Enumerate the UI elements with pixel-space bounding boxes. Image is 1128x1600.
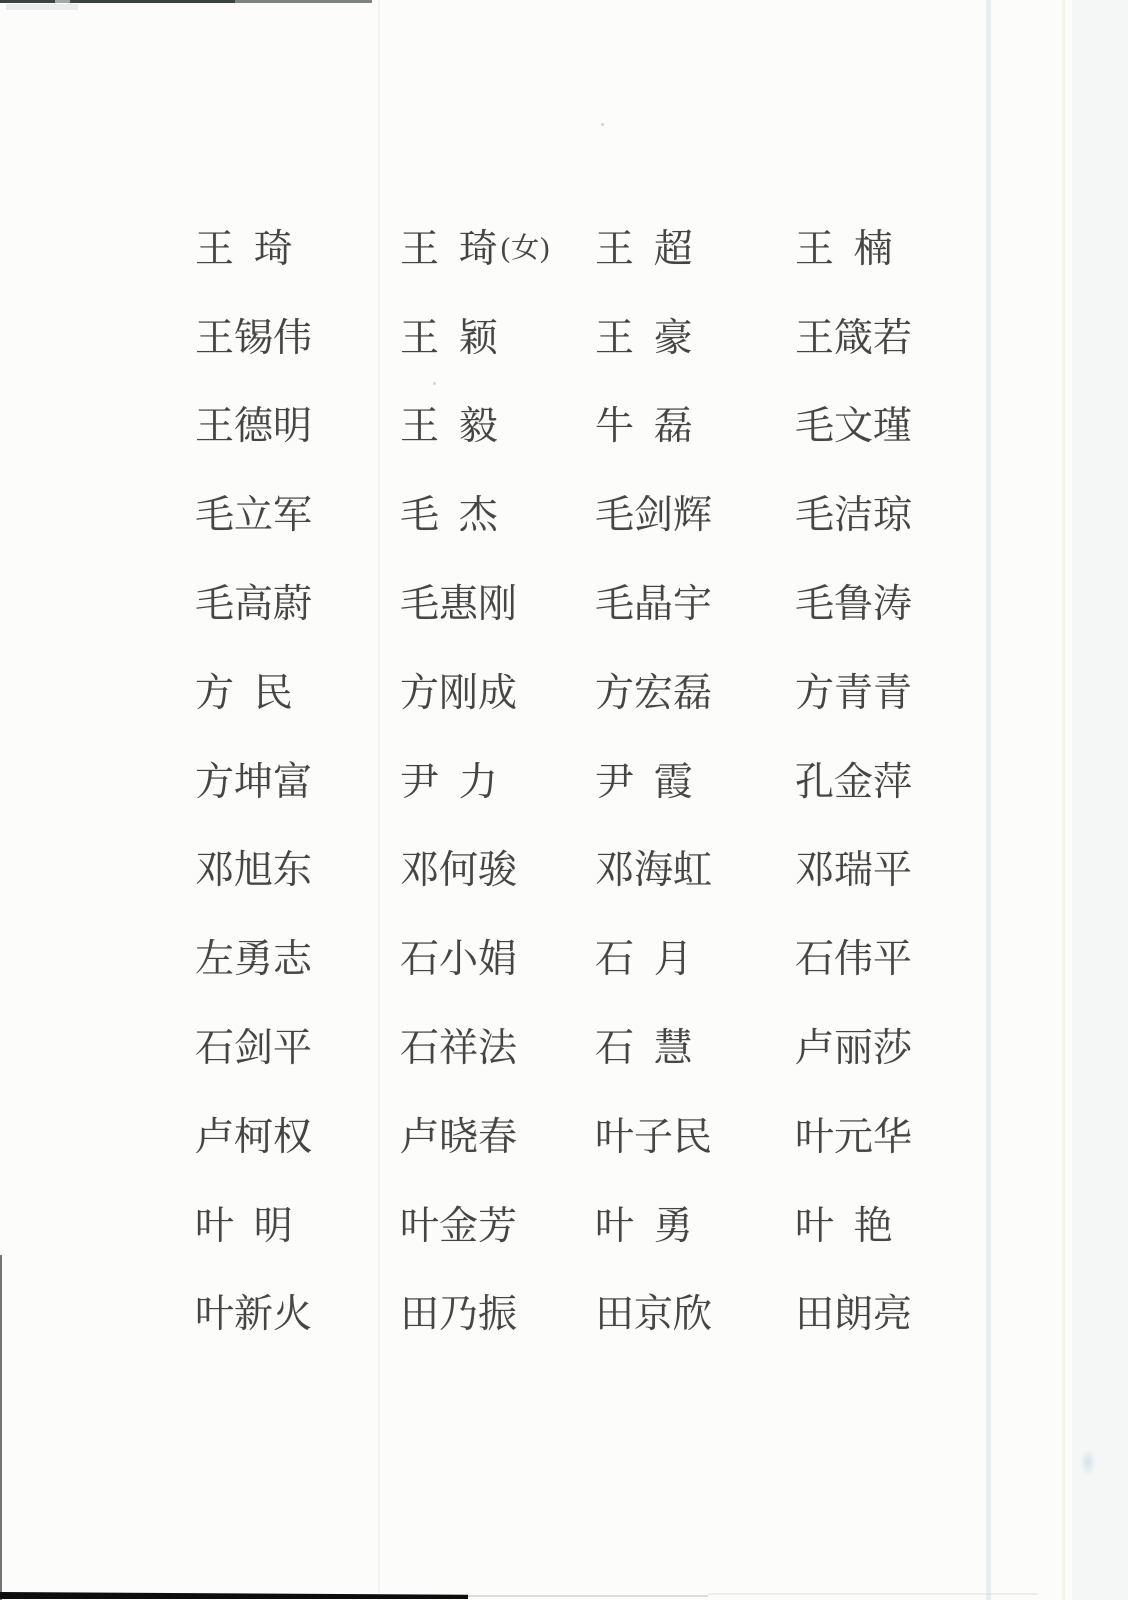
name-cell: 尹 力: [400, 738, 595, 827]
person-name: 方宏磊: [595, 674, 712, 713]
name-cell: 邓旭东: [195, 827, 400, 916]
name-cell: 石 慧: [595, 1004, 795, 1093]
name-cell: 牛 磊: [595, 383, 795, 472]
name-cell: 叶 勇: [595, 1182, 795, 1271]
name-cell: 毛剑辉: [595, 471, 795, 560]
person-name: 石 月: [595, 940, 693, 979]
person-name: 田朗亮: [795, 1295, 912, 1334]
scanned-page: 王 琦王 琦(女)王 超王 楠王锡伟王 颖王 豪王箴若王德明王 毅牛 磊毛文瑾毛…: [0, 0, 1128, 1600]
person-name: 王德明: [195, 407, 312, 446]
person-name: 毛惠刚: [400, 585, 517, 624]
person-name: 王 琦: [400, 230, 498, 269]
person-name: 方刚成: [400, 674, 517, 713]
person-name: 毛晶宇: [595, 585, 712, 624]
name-cell: 孔金萍: [795, 738, 975, 827]
name-cell: 毛鲁涛: [795, 560, 975, 649]
person-name: 孔金萍: [795, 763, 912, 802]
name-cell: 尹 霞: [595, 738, 795, 827]
name-cell: 王 超: [595, 205, 795, 294]
name-cell: 石小娟: [400, 915, 595, 1004]
gender-note: (女): [501, 235, 551, 263]
person-name: 王箴若: [795, 319, 912, 358]
name-cell: 叶子民: [595, 1093, 795, 1182]
person-name: 石伟平: [795, 940, 912, 979]
person-name: 叶新火: [195, 1295, 312, 1334]
name-cell: 毛惠刚: [400, 560, 595, 649]
name-grid: 王 琦王 琦(女)王 超王 楠王锡伟王 颖王 豪王箴若王德明王 毅牛 磊毛文瑾毛…: [195, 205, 975, 1359]
person-name: 卢柯权: [195, 1118, 312, 1157]
name-cell: 毛晶宇: [595, 560, 795, 649]
person-name: 叶金芳: [400, 1207, 517, 1246]
name-cell: 王 豪: [595, 294, 795, 383]
person-name: 方坤富: [195, 763, 312, 802]
name-cell: 毛立军: [195, 471, 400, 560]
scan-smudge: [1080, 1448, 1096, 1476]
name-cell: 叶 明: [195, 1182, 400, 1271]
person-name: 方青青: [795, 674, 912, 713]
name-cell: 王 颖: [400, 294, 595, 383]
person-name: 邓海虹: [595, 851, 712, 890]
name-cell: 方坤富: [195, 738, 400, 827]
person-name: 叶 艳: [795, 1207, 893, 1246]
person-name: 王 颖: [400, 319, 498, 358]
scan-bottom-edge-line: [468, 1595, 708, 1597]
name-cell: 卢丽莎: [795, 1004, 975, 1093]
name-cell: 邓何骏: [400, 827, 595, 916]
name-cell: 毛 杰: [400, 471, 595, 560]
scan-streak-vertical-warm: [1062, 0, 1065, 1600]
name-cell: 方 民: [195, 649, 400, 738]
person-name: 叶子民: [595, 1118, 712, 1157]
name-cell: 邓瑞平: [795, 827, 975, 916]
person-name: 左勇志: [195, 940, 312, 979]
person-name: 王 楠: [795, 230, 893, 269]
name-cell: 邓海虹: [595, 827, 795, 916]
person-name: 尹 力: [400, 763, 498, 802]
name-cell: 毛高蔚: [195, 560, 400, 649]
name-cell: 方青青: [795, 649, 975, 738]
person-name: 石剑平: [195, 1029, 312, 1068]
person-name: 石小娟: [400, 940, 517, 979]
person-name: 邓瑞平: [795, 851, 912, 890]
scan-bottom-edge-bar: [0, 1592, 468, 1599]
name-cell: 田朗亮: [795, 1271, 975, 1360]
person-name: 田京欣: [595, 1295, 712, 1334]
person-name: 毛剑辉: [595, 496, 712, 535]
person-name: 王锡伟: [195, 319, 312, 358]
person-name: 叶 明: [195, 1207, 293, 1246]
scan-top-smudge: [6, 4, 78, 10]
name-cell: 王锡伟: [195, 294, 400, 383]
person-name: 田乃振: [400, 1295, 517, 1334]
person-name: 邓何骏: [400, 851, 517, 890]
person-name: 毛 杰: [400, 496, 498, 535]
scan-right-band: [1072, 0, 1128, 1600]
name-cell: 石剑平: [195, 1004, 400, 1093]
scan-left-edge-line: [0, 1255, 2, 1600]
name-cell: 叶元华: [795, 1093, 975, 1182]
person-name: 尹 霞: [595, 763, 693, 802]
person-name: 方 民: [195, 674, 293, 713]
scan-bottom-faint-line: [708, 1593, 1038, 1595]
person-name: 毛文瑾: [795, 407, 912, 446]
scan-speck: [601, 123, 604, 126]
person-name: 毛鲁涛: [795, 585, 912, 624]
name-cell: 毛洁琼: [795, 471, 975, 560]
name-cell: 王 楠: [795, 205, 975, 294]
person-name: 叶元华: [795, 1118, 912, 1157]
person-name: 王 毅: [400, 407, 498, 446]
name-cell: 田乃振: [400, 1271, 595, 1360]
person-name: 王 豪: [595, 319, 693, 358]
person-name: 牛 磊: [595, 407, 693, 446]
name-cell: 王 毅: [400, 383, 595, 472]
name-cell: 石祥法: [400, 1004, 595, 1093]
name-cell: 王德明: [195, 383, 400, 472]
person-name: 叶 勇: [595, 1207, 693, 1246]
person-name: 毛立军: [195, 496, 312, 535]
name-cell: 王 琦(女): [400, 205, 595, 294]
name-cell: 方宏磊: [595, 649, 795, 738]
name-cell: 叶金芳: [400, 1182, 595, 1271]
name-cell: 毛文瑾: [795, 383, 975, 472]
person-name: 卢丽莎: [795, 1029, 912, 1068]
name-cell: 王 琦: [195, 205, 400, 294]
name-cell: 叶新火: [195, 1271, 400, 1360]
name-cell: 左勇志: [195, 915, 400, 1004]
name-cell: 石伟平: [795, 915, 975, 1004]
person-name: 卢晓春: [400, 1118, 517, 1157]
name-cell: 石 月: [595, 915, 795, 1004]
person-name: 邓旭东: [195, 851, 312, 890]
name-cell: 卢晓春: [400, 1093, 595, 1182]
name-cell: 田京欣: [595, 1271, 795, 1360]
scan-streak-vertical-blue: [986, 0, 991, 1600]
person-name: 王 琦: [195, 230, 293, 269]
person-name: 石祥法: [400, 1029, 517, 1068]
person-name: 石 慧: [595, 1029, 693, 1068]
name-cell: 叶 艳: [795, 1182, 975, 1271]
name-cell: 方刚成: [400, 649, 595, 738]
name-cell: 王箴若: [795, 294, 975, 383]
scan-top-edge-line: [0, 0, 372, 3]
person-name: 毛高蔚: [195, 585, 312, 624]
name-cell: 卢柯权: [195, 1093, 400, 1182]
person-name: 毛洁琼: [795, 496, 912, 535]
person-name: 王 超: [595, 230, 693, 269]
